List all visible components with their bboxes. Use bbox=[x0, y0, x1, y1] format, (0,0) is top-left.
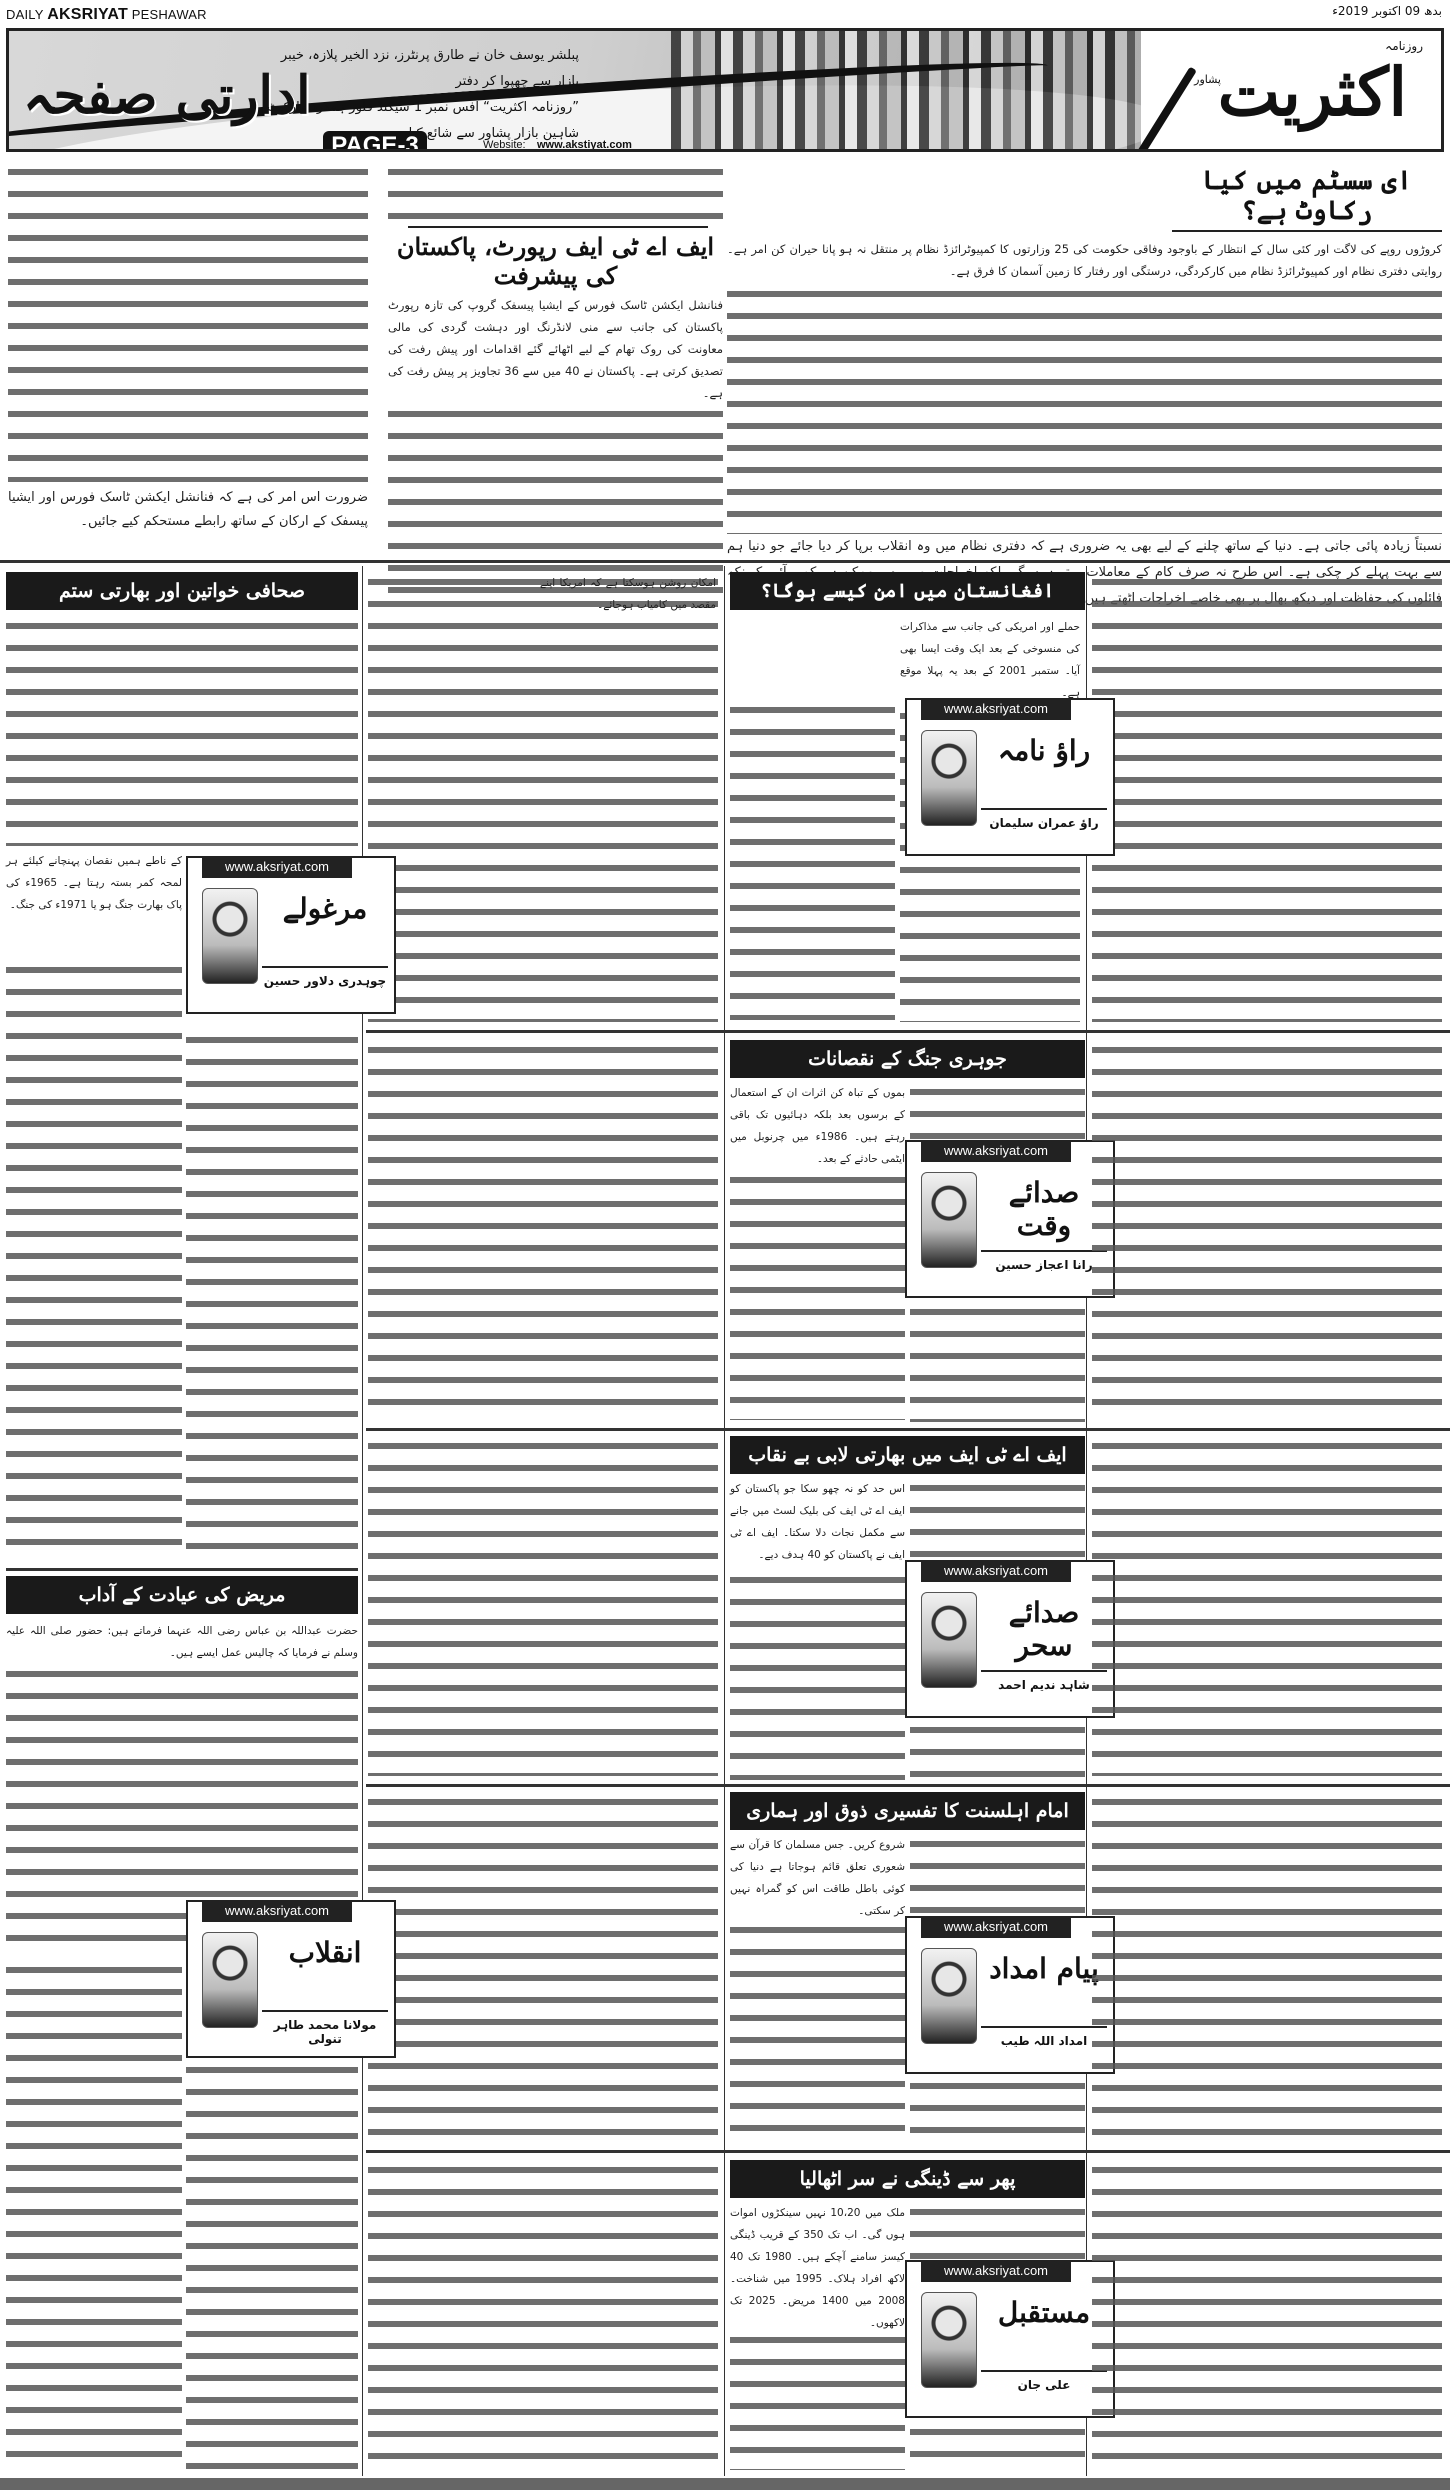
author-rule bbox=[981, 1250, 1107, 1252]
site-label[interactable]: www.aksriyat.com bbox=[921, 1140, 1071, 1162]
publisher-line-1: پبلشر یوسف خان نے طارق پرنٹرز، نزد الخیر… bbox=[259, 43, 579, 95]
column-divider bbox=[724, 566, 725, 2476]
site-label[interactable]: www.aksriyat.com bbox=[921, 2260, 1071, 2282]
column-afghanistan-continued bbox=[368, 572, 718, 1022]
logo-area: روزنامہ پشاور اکثریت bbox=[1141, 31, 1441, 152]
column-afghanistan-body-1 bbox=[1092, 572, 1442, 1022]
column-nuclear: جوہری جنگ کے نقصانات bbox=[730, 1040, 1085, 1078]
site-label[interactable]: www.aksriyat.com bbox=[921, 698, 1071, 720]
author-rule bbox=[981, 808, 1107, 810]
website-label: Website: bbox=[483, 139, 537, 152]
column-nuclear-body bbox=[730, 1170, 905, 1420]
column-name: مستقبل bbox=[981, 2296, 1107, 2329]
masthead-top: DAILY AKSRIYAT PESHAWAR بدھ 09 اکتوبر 20… bbox=[0, 0, 1450, 24]
author-photo bbox=[921, 1592, 977, 1688]
column-imam-text: شروع کریں۔ جس مسلمان کا قرآن سے شعوری تع… bbox=[730, 1834, 905, 1922]
column-headline: صحافی خواتین اور بھارتی ستم bbox=[6, 572, 358, 610]
author-box: www.aksriyat.com راؤ نامہ راؤ عمران سلیم… bbox=[905, 698, 1115, 856]
brand-line: DAILY AKSRIYAT PESHAWAR bbox=[6, 6, 207, 24]
column-patient-text: حضرت عبداللہ بن عباس رضی اللہ عنہما فرما… bbox=[6, 1620, 358, 1664]
author-rule bbox=[981, 2026, 1107, 2028]
editorial-1-title: ای سسٹم میں کیا رکاوٹ ہے؟ bbox=[1172, 162, 1442, 230]
brand-suffix: PESHAWAR bbox=[132, 7, 207, 22]
footer-bar bbox=[0, 2478, 1450, 2490]
column-headline: امام اہلسنت کا تفسیری ذوق اور ہماری ذمہ … bbox=[730, 1792, 1085, 1830]
column-women-text: کے ناطے ہمیں نقصان پہنچانے کیلئے ہر لمحہ… bbox=[6, 850, 182, 916]
contact-info: Website:www.akstiyat.com E-mail:aksriyat… bbox=[483, 139, 681, 152]
column-patient: مریض کی عیادت کے آداب bbox=[6, 1576, 358, 1614]
author-box: www.aksriyat.com مستقبل علی جان bbox=[905, 2260, 1115, 2418]
column-afghanistan-body-2 bbox=[730, 700, 895, 1020]
author-name: علی جان bbox=[981, 2378, 1107, 2392]
row-divider bbox=[366, 1030, 1450, 1033]
editorial-2-opening: فنانشل ایکشن ٹاسک فورس کے ایشیا پیسفک گر… bbox=[388, 294, 723, 404]
site-label[interactable]: www.aksriyat.com bbox=[921, 1560, 1071, 1582]
column-afghanistan-text-a: حملے اور امریکی کی جانب سے مذاکرات کی من… bbox=[900, 616, 1080, 704]
column-women-body-2 bbox=[6, 960, 182, 1550]
column-dengue-continued bbox=[368, 2160, 718, 2472]
author-box: www.aksriyat.com صدائے وقت رانا اعجاز حس… bbox=[905, 1140, 1115, 1298]
author-rule bbox=[981, 1670, 1107, 1672]
editorial-1-continued bbox=[388, 162, 723, 222]
column-fatf-text: اس حد کو نہ چھو سکا جو پاکستان کو ایف اے… bbox=[730, 1478, 905, 1566]
column-divider bbox=[362, 566, 363, 2476]
editorial-2-closing: ضرورت اس امر کی ہے کہ فنانشل ایکشن ٹاسک … bbox=[8, 486, 368, 534]
column-women-body bbox=[6, 616, 358, 846]
column-fatf-lobby: ایف اے ٹی ایف میں بھارتی لابی بے نقاب bbox=[730, 1436, 1085, 1474]
author-photo bbox=[202, 1932, 258, 2028]
column-nuclear-continued bbox=[368, 1040, 718, 1420]
column-women: صحافی خواتین اور بھارتی ستم bbox=[6, 572, 358, 610]
author-name: مولانا محمد طاہر تنولی bbox=[262, 2018, 388, 2046]
editorial-divider bbox=[0, 560, 1450, 563]
column-name: پیام امداد bbox=[981, 1952, 1107, 1985]
column-imam: امام اہلسنت کا تفسیری ذوق اور ہماری ذمہ … bbox=[730, 1792, 1085, 1830]
column-headline: جوہری جنگ کے نقصانات bbox=[730, 1040, 1085, 1078]
column-patient-body-3 bbox=[186, 2060, 358, 2470]
author-name: راؤ عمران سلیمان bbox=[981, 816, 1107, 830]
column-name: مرغولے bbox=[262, 892, 388, 925]
author-photo bbox=[921, 1948, 977, 2044]
author-name: شاہد ندیم احمد bbox=[981, 1678, 1107, 1692]
column-imam-continued bbox=[368, 1792, 718, 2142]
column-name: راؤ نامہ bbox=[981, 734, 1107, 767]
column-dengue-body bbox=[730, 2330, 905, 2470]
column-right-body-3 bbox=[1092, 1792, 1442, 2142]
author-box: www.aksriyat.com انقلاب مولانا محمد طاہر… bbox=[186, 1900, 396, 2058]
column-name: صدائے سحر bbox=[981, 1596, 1107, 1662]
column-headline: مریض کی عیادت کے آداب bbox=[6, 1576, 358, 1614]
brand-prefix: DAILY bbox=[6, 7, 43, 22]
row-divider bbox=[366, 1784, 1450, 1787]
author-name: امداد اللہ طیب bbox=[981, 2034, 1107, 2048]
masthead-banner: روزنامہ پشاور اکثریت ادارتی صفحہ پبلشر ی… bbox=[6, 28, 1444, 152]
column-afghanistan-text-b: امکان روشن ہوسکتا ہے کہ امریکا اپنے مقصد… bbox=[540, 572, 716, 616]
author-box: www.aksriyat.com مرغولے چوہدری دلاور حسی… bbox=[186, 856, 396, 1014]
editorial-1-opening: کروڑوں روپے کی لاگت اور کئی سال کے انتظا… bbox=[727, 238, 1442, 282]
author-rule bbox=[262, 966, 388, 968]
column-patient-body-2 bbox=[6, 1960, 182, 2470]
column-women-body-3 bbox=[186, 1030, 358, 1550]
issue-date: بدھ 09 اکتوبر 2019ء bbox=[1332, 4, 1442, 18]
site-label[interactable]: www.aksriyat.com bbox=[202, 856, 352, 878]
logo-prefix: روزنامہ bbox=[1385, 39, 1423, 53]
author-name: چوہدری دلاور حسین bbox=[262, 974, 388, 988]
author-box: www.aksriyat.com صدائے سحر شاہد ندیم احم… bbox=[905, 1560, 1115, 1718]
column-right-body-4 bbox=[1092, 2160, 1442, 2472]
column-dengue: پھر سے ڈینگی نے سر اٹھالیا bbox=[730, 2160, 1085, 2198]
column-imam-body bbox=[730, 1920, 905, 2140]
column-headline: پھر سے ڈینگی نے سر اٹھالیا bbox=[730, 2160, 1085, 2198]
author-name: رانا اعجاز حسین bbox=[981, 1258, 1107, 1272]
site-label[interactable]: www.aksriyat.com bbox=[921, 1916, 1071, 1938]
author-rule bbox=[262, 2010, 388, 2012]
column-right-body bbox=[1092, 1040, 1442, 1420]
column-fatf-body bbox=[730, 1570, 905, 1780]
column-name: صدائے وقت bbox=[981, 1176, 1107, 1242]
row-divider bbox=[6, 1568, 358, 1571]
editorial-1-rule bbox=[1172, 230, 1442, 232]
author-photo bbox=[921, 2292, 977, 2388]
author-photo bbox=[202, 888, 258, 984]
column-afghanistan: افغانستان میں امن کیسے ہوگا؟ bbox=[730, 572, 1085, 610]
editorial-1: ای سسٹم میں کیا رکاوٹ ہے؟ کروڑوں روپے کی… bbox=[727, 162, 1442, 612]
author-rule bbox=[981, 2370, 1107, 2372]
editorial-2-body-left bbox=[8, 162, 368, 482]
row-divider bbox=[366, 1428, 1450, 1431]
column-fatf-continued bbox=[368, 1436, 718, 1776]
newspaper-logo: اکثریت bbox=[1218, 53, 1407, 131]
brand-name: AKSRIYAT bbox=[47, 6, 128, 23]
column-nuclear-text: بموں کے تباہ کن اثرات ان کے استعمال کے ب… bbox=[730, 1082, 905, 1170]
column-headline: ایف اے ٹی ایف میں بھارتی لابی بے نقاب bbox=[730, 1436, 1085, 1474]
column-dengue-text: ملک میں 10،20 نہیں سینکڑوں اموات ہوں گی۔… bbox=[730, 2202, 905, 2334]
editorial-2-title: ایف اے ٹی ایف رپورٹ، پاکستان کی پیشرفت bbox=[388, 228, 723, 294]
site-label[interactable]: www.aksriyat.com bbox=[202, 1900, 352, 1922]
website-link[interactable]: www.akstiyat.com bbox=[537, 139, 632, 152]
column-right-body-2 bbox=[1092, 1436, 1442, 1776]
column-name: انقلاب bbox=[262, 1936, 388, 1969]
page-number-badge: PAGE-3 bbox=[323, 131, 427, 152]
author-photo bbox=[921, 1172, 977, 1268]
editorial-1-body bbox=[727, 284, 1442, 534]
column-headline: افغانستان میں امن کیسے ہوگا؟ bbox=[730, 572, 1085, 610]
author-photo bbox=[921, 730, 977, 826]
author-box: www.aksriyat.com پیام امداد امداد اللہ ط… bbox=[905, 1916, 1115, 2074]
row-divider bbox=[366, 2150, 1450, 2153]
